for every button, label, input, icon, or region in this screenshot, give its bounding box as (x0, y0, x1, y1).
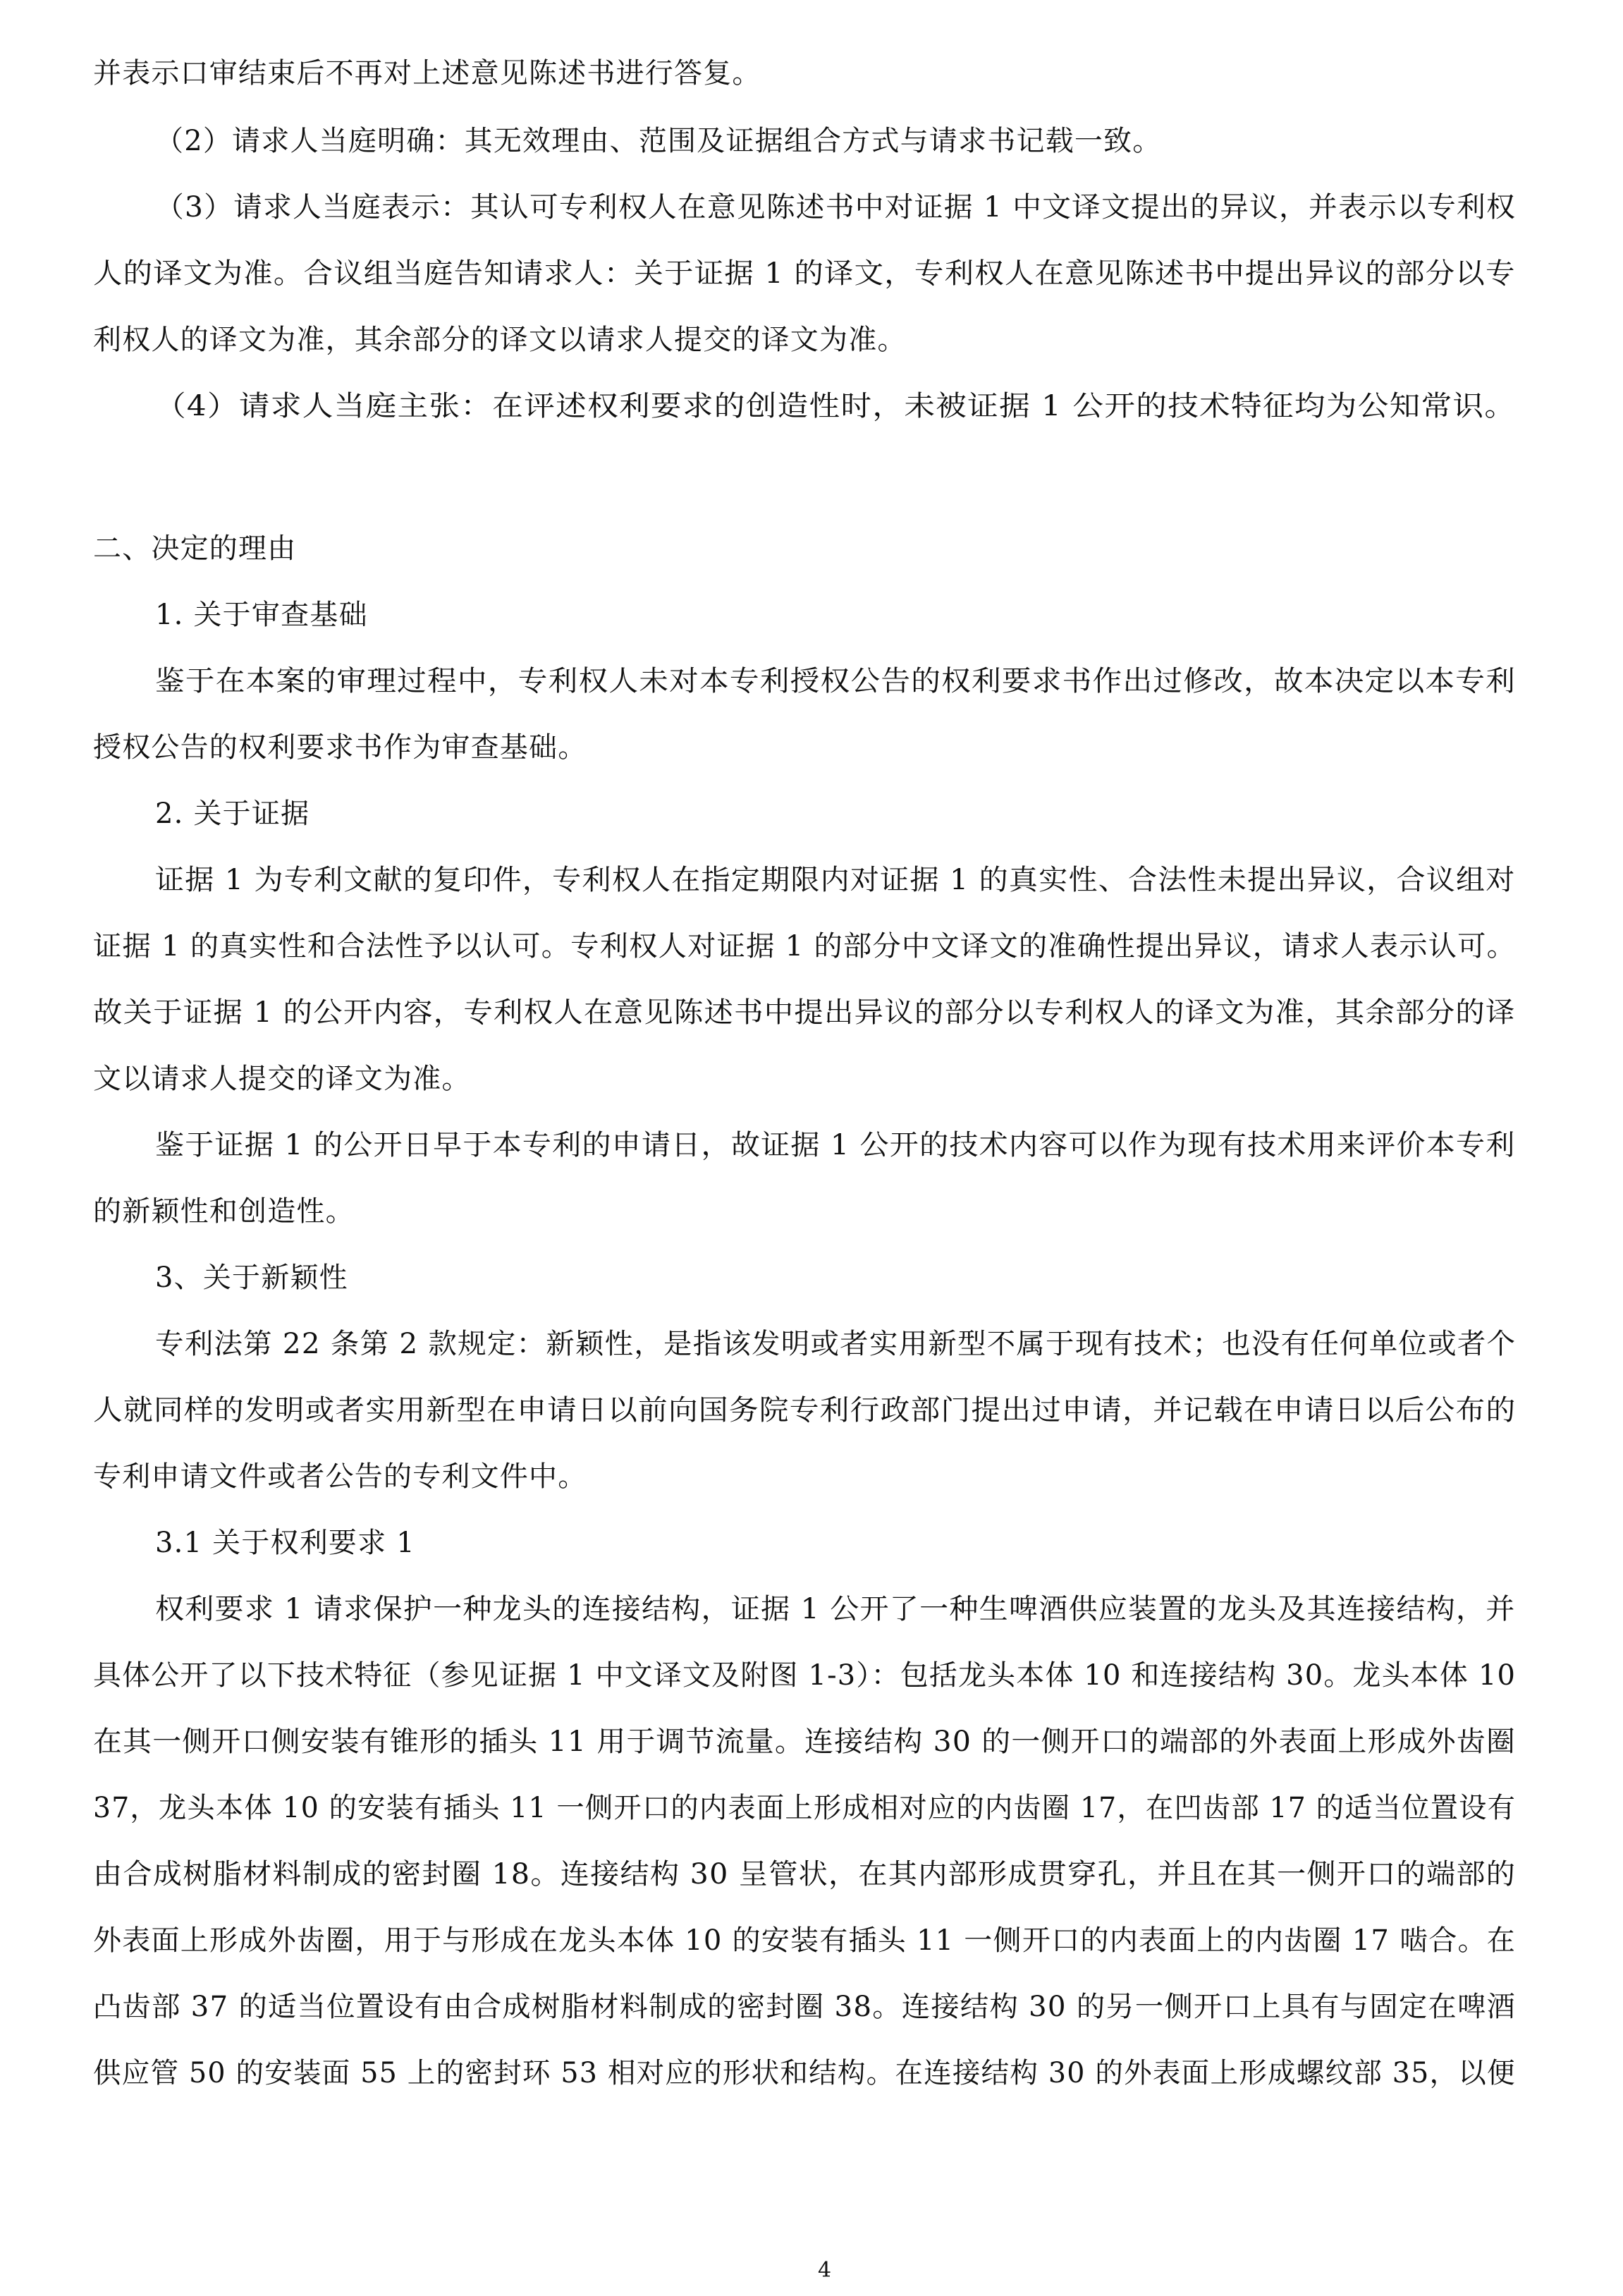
text-line: 3、关于新颖性 (155, 1259, 348, 1296)
text-line: 利权人的译文为准，其余部分的译文以请求人提交的译文为准。 (93, 322, 907, 358)
text-line: 供应管 50 的安装面 55 上的密封环 53 相对应的形状和结构。在连接结构 … (93, 2055, 1516, 2092)
text-line: 二、决定的理由 (93, 530, 296, 567)
text-line: （2）请求人当庭明确：其无效理由、范围及证据组合方式与请求书记载一致。 (155, 123, 1161, 159)
text-line: 专利法第 22 条第 2 款规定：新颖性，是指该发明或者实用新型不属于现有技术；… (155, 1326, 1516, 1362)
text-line: 鉴于在本案的审理过程中，专利权人未对本专利授权公告的权利要求书作出过修改，故本决… (155, 663, 1516, 700)
text-line: 凸齿部 37 的适当位置设有由合成树脂材料制成的密封圈 38。连接结构 30 的… (93, 1989, 1516, 2025)
text-line: 由合成树脂材料制成的密封圈 18。连接结构 30 呈管状，在其内部形成贯穿孔，并… (93, 1856, 1516, 1893)
text-line: 具体公开了以下技术特征（参见证据 1 中文译文及附图 1-3）：包括龙头本体 1… (93, 1657, 1516, 1694)
text-line: 人的译文为准。合议组当庭告知请求人：关于证据 1 的译文，专利权人在意见陈述书中… (93, 255, 1516, 292)
text-line: 权利要求 1 请求保护一种龙头的连接结构，证据 1 公开了一种生啤酒供应装置的龙… (155, 1591, 1516, 1628)
text-line: 并表示口审结束后不再对上述意见陈述书进行答复。 (93, 55, 761, 92)
document-page: 并表示口审结束后不再对上述意见陈述书进行答复。（2）请求人当庭明确：其无效理由、… (0, 0, 1623, 2296)
text-line: 鉴于证据 1 的公开日早于本专利的申请日，故证据 1 公开的技术内容可以作为现有… (155, 1127, 1516, 1164)
page-number: 4 (818, 2257, 831, 2285)
text-line: 1. 关于审查基础 (155, 597, 368, 633)
text-line: 2. 关于证据 (155, 795, 310, 832)
text-line: （4）请求人当庭主张：在评述权利要求的创造性时，未被证据 1 公开的技术特征均为… (155, 388, 1516, 425)
text-line: 3.1 关于权利要求 1 (155, 1525, 415, 1561)
text-line: 37，龙头本体 10 的安装有插头 11 一侧开口的内表面上形成相对应的内齿圈 … (93, 1790, 1516, 1826)
text-line: 故关于证据 1 的公开内容，专利权人在意见陈述书中提出异议的部分以专利权人的译文… (93, 994, 1516, 1031)
text-line: 外表面上形成外齿圈，用于与形成在龙头本体 10 的安装有插头 11 一侧开口的内… (93, 1922, 1516, 1959)
text-line: 的新颖性和创造性。 (93, 1193, 355, 1230)
text-line: 证据 1 为专利文献的复印件，专利权人在指定期限内对证据 1 的真实性、合法性未… (155, 862, 1516, 898)
text-line: 证据 1 的真实性和合法性予以认可。专利权人对证据 1 的部分中文译文的准确性提… (93, 928, 1516, 965)
text-line: 授权公告的权利要求书作为审查基础。 (93, 729, 587, 766)
text-line: （3）请求人当庭表示：其认可专利权人在意见陈述书中对证据 1 中文译文提出的异议… (155, 189, 1516, 226)
text-line: 在其一侧开口侧安装有锥形的插头 11 用于调节流量。连接结构 30 的一侧开口的… (93, 1723, 1516, 1760)
text-line: 文以请求人提交的译文为准。 (93, 1061, 471, 1097)
text-line: 专利申请文件或者公告的专利文件中。 (93, 1458, 587, 1495)
text-line: 人就同样的发明或者实用新型在申请日以前向国务院专利行政部门提出过申请，并记载在申… (93, 1392, 1516, 1429)
